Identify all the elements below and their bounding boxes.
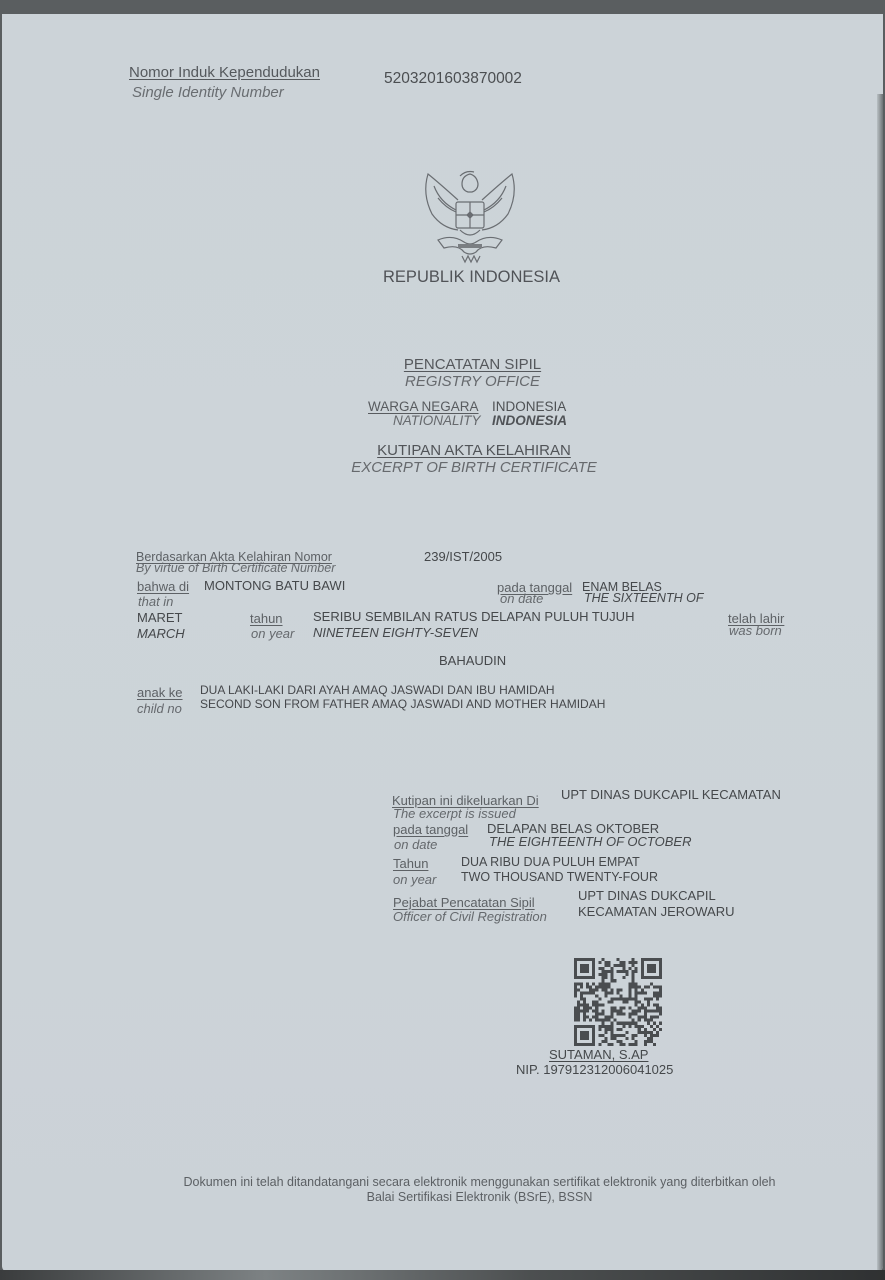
child-order: DUA LAKI-LAKI DARI AYAH AMAQ JASWADI DAN…	[200, 683, 555, 697]
birth-year-en: NINETEEN EIGHTY-SEVEN	[313, 625, 478, 640]
officer-label-en: Officer of Civil Registration	[393, 909, 547, 924]
office-title: PENCATATAN SIPIL	[2, 356, 883, 373]
footer-line-2: Balai Sertifikasi Elektronik (BSrE), BSS…	[2, 1190, 883, 1204]
nationality-value: INDONESIA	[492, 399, 566, 414]
paper-edge-shadow	[877, 94, 883, 1272]
issued-place: UPT DINAS DUKCAPIL KECAMATAN	[561, 787, 781, 802]
issued-place-label-en: The excerpt is issued	[393, 806, 516, 821]
birth-place-label-en: that in	[138, 594, 173, 609]
issued-date-en: THE EIGHTEENTH OF OCTOBER	[489, 834, 691, 849]
birth-date-en: THE SIXTEENTH OF	[584, 591, 703, 605]
born-label-en: was born	[729, 623, 782, 638]
cert-number-label-en: By virtue of Birth Certificate Number	[136, 561, 335, 575]
issued-year-en: TWO THOUSAND TWENTY-FOUR	[461, 870, 658, 884]
birth-date-label-en: on date	[500, 591, 543, 606]
birth-certificate-page: Nomor Induk Kependudukan Single Identity…	[2, 14, 883, 1272]
birth-year: SERIBU SEMBILAN RATUS DELAPAN PULUH TUJU…	[313, 609, 634, 624]
issued-year: DUA RIBU DUA PULUH EMPAT	[461, 855, 640, 869]
nik-label: Nomor Induk Kependudukan	[129, 64, 320, 81]
issued-year-label-en: on year	[393, 872, 436, 887]
birth-place: MONTONG BATU BAWI	[204, 578, 345, 593]
nationality-label-en: NATIONALITY	[393, 413, 481, 428]
birth-year-label-en: on year	[251, 626, 294, 641]
child-order-en: SECOND SON FROM FATHER AMAQ JASWADI AND …	[200, 697, 605, 711]
birth-month: MARET	[137, 610, 183, 625]
document-title-en: EXCERPT OF BIRTH CERTIFICATE	[2, 459, 883, 476]
issued-date-label-en: on date	[394, 837, 437, 852]
nik-label-en: Single Identity Number	[132, 84, 284, 101]
nationality-value-en: INDONESIA	[492, 413, 567, 428]
birth-place-label: bahwa di	[137, 579, 189, 594]
officer-label: Pejabat Pencatatan Sipil	[393, 895, 535, 910]
issued-year-label: Tahun	[393, 856, 428, 871]
background-surface	[0, 1270, 885, 1280]
signer-name: SUTAMAN, S.AP	[549, 1047, 648, 1062]
officer-office-line1: UPT DINAS DUKCAPIL	[578, 888, 716, 903]
child-order-label-en: child no	[137, 701, 182, 716]
qr-code-icon	[574, 958, 662, 1046]
country-title: REPUBLIK INDONESIA	[2, 268, 883, 287]
garuda-emblem-icon	[420, 164, 520, 274]
birth-year-label: tahun	[250, 611, 283, 626]
office-title-en: REGISTRY OFFICE	[2, 373, 883, 390]
signer-nip: NIP. 197912312006041025	[516, 1062, 673, 1077]
officer-office-line2: KECAMATAN JEROWARU	[578, 904, 735, 919]
child-name: BAHAUDIN	[439, 653, 506, 668]
issued-date-label: pada tanggal	[393, 822, 468, 837]
nik-value: 5203201603870002	[384, 70, 522, 88]
nationality-label: WARGA NEGARA	[368, 399, 479, 414]
cert-number: 239/IST/2005	[424, 549, 502, 564]
birth-month-en: MARCH	[137, 626, 185, 641]
document-title: KUTIPAN AKTA KELAHIRAN	[2, 442, 883, 459]
child-order-label: anak ke	[137, 685, 183, 700]
footer-line-1: Dokumen ini telah ditandatangani secara …	[2, 1175, 883, 1189]
